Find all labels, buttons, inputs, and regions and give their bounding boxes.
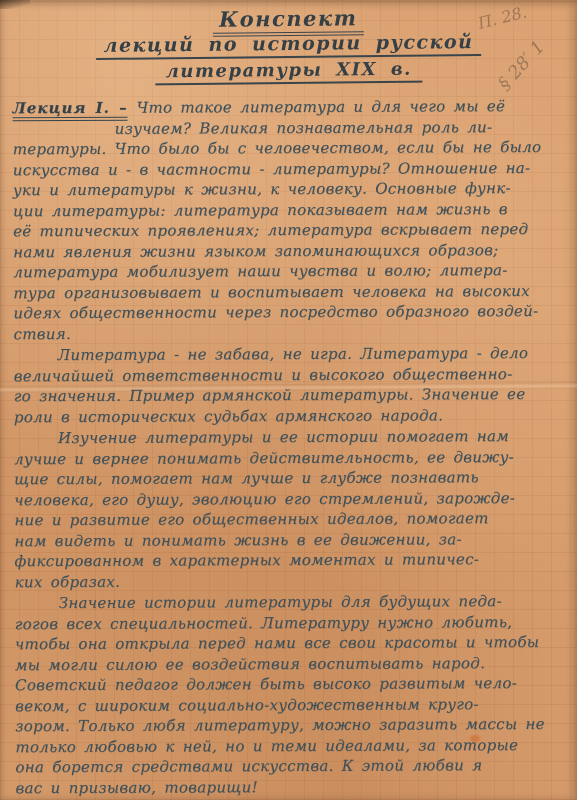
handwritten-line: чтобы она открыла перед нами все свои кр… (15, 632, 568, 655)
handwritten-line: тура организовывает и воспитывает челове… (13, 280, 566, 303)
title-text-2: лекций по истории русской (95, 31, 481, 60)
handwritten-line: изучаем? Великая познавательная роль ли- (115, 116, 566, 138)
handwritten-line: щие силы, помогает нам лучше и глубже по… (14, 467, 567, 490)
handwritten-line: веком, с широким социально-художественны… (15, 693, 568, 716)
lecture-body: Лекция I. –Что такое литература и для че… (12, 96, 568, 798)
handwritten-line: тературы. Что было бы с человечеством, е… (13, 137, 566, 160)
handwritten-line: человека, его душу, эволюцию его стремле… (14, 487, 567, 510)
handwritten-line: искусства и - в частности - литературы? … (13, 157, 566, 180)
handwritten-line: ции литературы: литература показывает на… (13, 198, 566, 221)
handwritten-line: го значения. Пример армянской литературы… (14, 384, 567, 407)
paragraph: Литература - не забава, не игра. Литерат… (14, 343, 567, 427)
paragraph: Изучение литературы и ее истории помогае… (14, 426, 568, 592)
handwritten-line: только любовью к ней, но и теми идеалами… (15, 734, 568, 757)
handwritten-line: идеях общественности через посредство об… (13, 301, 566, 324)
handwritten-line: зором. Только любя литературу, можно зар… (15, 714, 568, 737)
handwritten-line: Советский педагог должен быть высоко раз… (15, 673, 568, 696)
handwritten-line: фиксированном в характерных моментах и т… (14, 549, 567, 572)
handwritten-line: Литература - не забава, не игра. Литерат… (58, 343, 567, 366)
paragraph: Лекция I. –Что такое литература и для че… (12, 96, 566, 344)
manuscript-page: П. 28. § 28′ 1 Конспект лекций по истори… (0, 0, 577, 800)
title-line-3: литературы XIX в. (0, 56, 577, 86)
handwritten-line: ствия. (13, 321, 566, 344)
handwritten-line: она борется средствами искусства. К этой… (15, 755, 568, 778)
handwritten-line: роли в исторических судьбах армянского н… (14, 404, 567, 427)
handwritten-line: Изучение литературы и ее истории помогае… (58, 426, 567, 449)
handwritten-line: гогов всех специальностей. Литературу ну… (15, 611, 568, 634)
handwritten-line: её типических проявлениях; литература вс… (13, 219, 566, 242)
handwritten-line: ние и развитие его общественных идеалов,… (14, 508, 567, 531)
handwritten-line: Лекция I. –Что такое литература и для че… (12, 96, 565, 119)
handwritten-line: Значение истории литературы для будущих … (59, 591, 568, 614)
title-text-3: литературы XIX в. (156, 59, 422, 86)
handwritten-line: ких образах. (15, 569, 568, 592)
handwritten-line: лучше и вернее понимать действительность… (14, 446, 567, 469)
handwritten-line: уки и литературы к жизни, к человеку. Ос… (13, 178, 566, 201)
handwritten-line: величайшей ответственности и высокого об… (14, 363, 567, 386)
handwritten-line: нам видеть и понимать жизнь в ее движени… (14, 528, 567, 551)
lecture-heading: Лекция I. – (12, 99, 127, 122)
paragraph: Значение истории литературы для будущих … (15, 591, 569, 798)
handwritten-line: мы могли силою ее воздействия воспитыват… (15, 652, 568, 675)
document-title: Конспект лекций по истории русской литер… (0, 3, 577, 86)
handwritten-line: нами явления жизни языком запоминающихся… (13, 239, 566, 262)
handwritten-line: литература мобилизует наши чувства и вол… (13, 260, 566, 283)
title-line-2: лекций по истории русской (0, 29, 577, 60)
handwritten-line: вас и призываю, товарищи! (15, 775, 568, 798)
